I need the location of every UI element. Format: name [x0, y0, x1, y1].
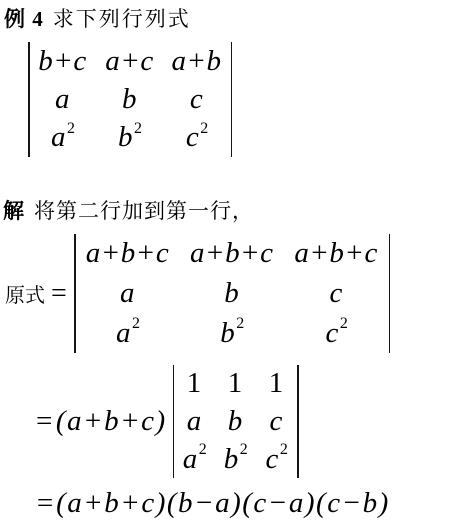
- matrix-cell: a2: [76, 313, 180, 353]
- factor-expression: (a+b+c): [56, 405, 167, 438]
- solution-text: 将第二行加到第一行，: [34, 199, 254, 223]
- matrix-cell: c: [284, 274, 388, 314]
- cell-base: b+c: [38, 47, 86, 76]
- page-root: 例 4求下列行列式 b+c a+c a+b a b c a2 b2 c2 解将第…: [0, 0, 470, 523]
- cell-base: b: [220, 319, 235, 348]
- cell-base: 1: [228, 369, 243, 398]
- matrix-cell: a+b+c: [284, 234, 388, 274]
- matrix-cell: a2: [174, 440, 215, 478]
- cell-base: b: [118, 123, 133, 152]
- matrix-cell: a2: [30, 119, 97, 157]
- determinant-right-bar: [297, 365, 299, 478]
- matrix-cell: a: [76, 274, 180, 314]
- matrix-cell: a: [30, 80, 97, 118]
- cell-base: c: [186, 123, 199, 152]
- matrix-cell: b: [97, 80, 164, 118]
- cell-base: b: [122, 85, 137, 114]
- cell-base: 1: [187, 369, 202, 398]
- matrix-cell: b2: [97, 119, 164, 157]
- step-original-expression: 原式 = a+b+c a+b+c a+b+c a b c a2 b2 c2: [5, 234, 390, 353]
- matrix-cell: c: [256, 403, 297, 441]
- cell-base: a: [51, 123, 66, 152]
- cell-base: a: [120, 279, 135, 308]
- cell-base: b: [224, 279, 239, 308]
- cell-base: c: [329, 279, 342, 308]
- determinant-problem: b+c a+c a+b a b c a2 b2 c2: [28, 42, 232, 157]
- matrix-cell: 1: [256, 365, 297, 403]
- matrix-cell: a+b+c: [76, 234, 180, 274]
- matrix-cell: 1: [174, 365, 215, 403]
- determinant-cells: a+b+c a+b+c a+b+c a b c a2 b2 c2: [76, 234, 389, 353]
- cell-base: a: [55, 85, 70, 114]
- cell-base: 1: [269, 369, 284, 398]
- solution-label: 解: [3, 199, 25, 223]
- determinant-cells: b+c a+c a+b a b c a2 b2 c2: [30, 42, 231, 157]
- determinant-cells: 1 1 1 a b c a2 b2 c2: [174, 365, 297, 478]
- matrix-cell: b+c: [30, 42, 97, 80]
- cell-base: a+b+c: [190, 239, 274, 268]
- cell-base: a+b: [171, 47, 221, 76]
- example-label: 例 4: [4, 7, 44, 31]
- cell-base: b: [228, 407, 243, 436]
- solution-heading: 解将第二行加到第一行，: [3, 195, 254, 225]
- matrix-cell: a+b+c: [180, 234, 284, 274]
- equals-sign: =: [51, 278, 67, 310]
- matrix-cell: a: [174, 403, 215, 441]
- matrix-cell: c2: [256, 440, 297, 478]
- matrix-cell: 1: [215, 365, 256, 403]
- cell-base: b: [224, 445, 239, 474]
- cell-base: c: [270, 407, 283, 436]
- determinant-transformed: a+b+c a+b+c a+b+c a b c a2 b2 c2: [74, 234, 390, 353]
- step-factored: = (a+b+c) 1 1 1 a b c a2 b2 c2: [36, 365, 299, 478]
- matrix-cell: c2: [284, 313, 388, 353]
- cell-base: c: [325, 319, 338, 348]
- original-expression-label: 原式: [5, 279, 45, 308]
- determinant-vandermonde: 1 1 1 a b c a2 b2 c2: [173, 365, 299, 478]
- cell-base: a: [187, 407, 202, 436]
- matrix-cell: b2: [215, 440, 256, 478]
- cell-base: a: [183, 445, 198, 474]
- matrix-cell: b: [180, 274, 284, 314]
- matrix-cell: b: [215, 403, 256, 441]
- determinant-right-bar: [389, 234, 391, 353]
- cell-base: a+b+c: [86, 239, 170, 268]
- matrix-cell: a+b: [164, 42, 231, 80]
- final-result-line: =(a+b+c)(b−a)(c−a)(c−b): [35, 487, 390, 520]
- matrix-cell: a+c: [97, 42, 164, 80]
- matrix-cell: b2: [180, 313, 284, 353]
- cell-base: a: [116, 319, 131, 348]
- matrix-cell: c2: [164, 119, 231, 157]
- determinant-right-bar: [231, 42, 233, 157]
- cell-base: a+b+c: [294, 239, 378, 268]
- example-title-text: 求下列行列式: [53, 7, 191, 31]
- cell-base: c: [190, 85, 203, 114]
- example-heading: 例 4求下列行列式: [4, 3, 191, 33]
- matrix-cell: c: [164, 80, 231, 118]
- equals-sign: =: [36, 405, 53, 438]
- cell-base: a+c: [105, 47, 153, 76]
- cell-base: c: [266, 445, 279, 474]
